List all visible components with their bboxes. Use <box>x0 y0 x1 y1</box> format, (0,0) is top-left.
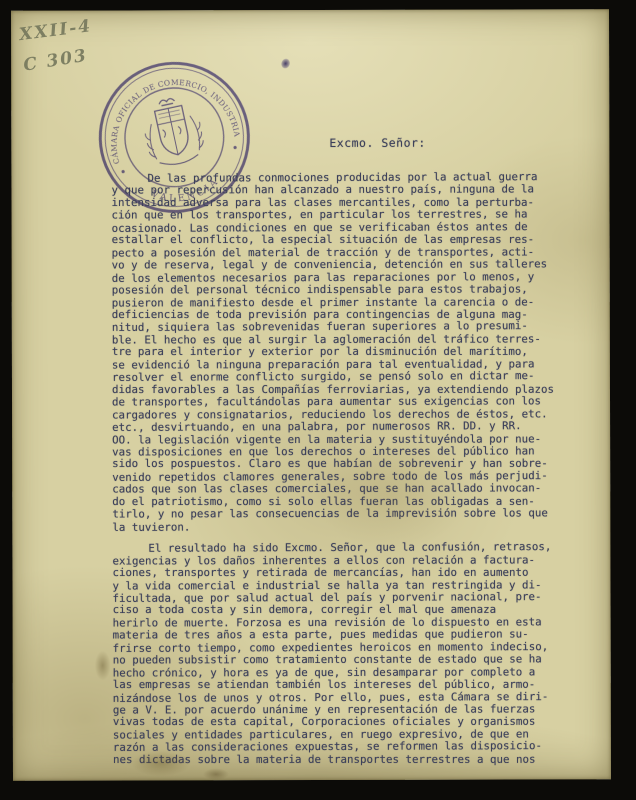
handwritten-archive-note-1: XXII-4 <box>18 16 93 45</box>
ink-smudge <box>277 52 296 72</box>
typed-paragraph: El resultado ha sido Excmo. Señor, que l… <box>112 541 585 766</box>
typed-line: intensidad adversa para las clases merca… <box>111 197 583 210</box>
typed-line: la tuvieron. <box>112 520 584 535</box>
typed-line: didas favorables a las Compañías ferrovi… <box>112 383 584 396</box>
handwritten-archive-note-2: C 303 <box>22 46 89 76</box>
typed-line: frirse corto tiempo, como expedientes he… <box>113 641 585 656</box>
typed-line: tirlo, y no pesar las consecuencias de l… <box>112 508 584 522</box>
paper-stain <box>95 651 111 681</box>
typed-line: venido repetidos clamores generales, sob… <box>112 470 584 485</box>
typed-line: estallar el conflicto, la especial situa… <box>112 234 584 247</box>
typed-line: ciso a toda costa y sin demora, corregir… <box>113 604 585 617</box>
typed-line: do el patriotismo, como si solo ellas fu… <box>112 496 584 509</box>
letter-body: Excmo. Señor: De las profundas conmocion… <box>111 135 585 776</box>
typed-line: De las profundas conmociones producidas … <box>111 171 583 186</box>
typed-line: El resultado ha sido Excmo. Señor, que l… <box>112 541 584 556</box>
typed-line: etc., desvirtuando, en una palabra, por … <box>112 420 584 435</box>
typed-line: nizándose los de unos y otros. Por ello,… <box>113 690 585 705</box>
typed-line: de los elementos necesarios para las rep… <box>112 270 584 285</box>
typed-line: nes dictadas sobre la materia de transpo… <box>113 754 585 767</box>
typed-paragraph: De las profundas conmociones producidas … <box>111 171 584 533</box>
letter-paragraphs: De las profundas conmociones producidas … <box>111 171 585 767</box>
typed-line: ciones, transportes y retirada de mercan… <box>112 567 584 580</box>
typed-line: vivas todas de esta capital, Corporacion… <box>113 716 585 729</box>
document-page: XXII-4 C 303 CÁMARA OFICIAL DE COMERCIO,… <box>11 9 611 781</box>
salutation: Excmo. Señor: <box>329 135 583 150</box>
typed-line: tre para el interior y exterior por la d… <box>112 346 584 359</box>
